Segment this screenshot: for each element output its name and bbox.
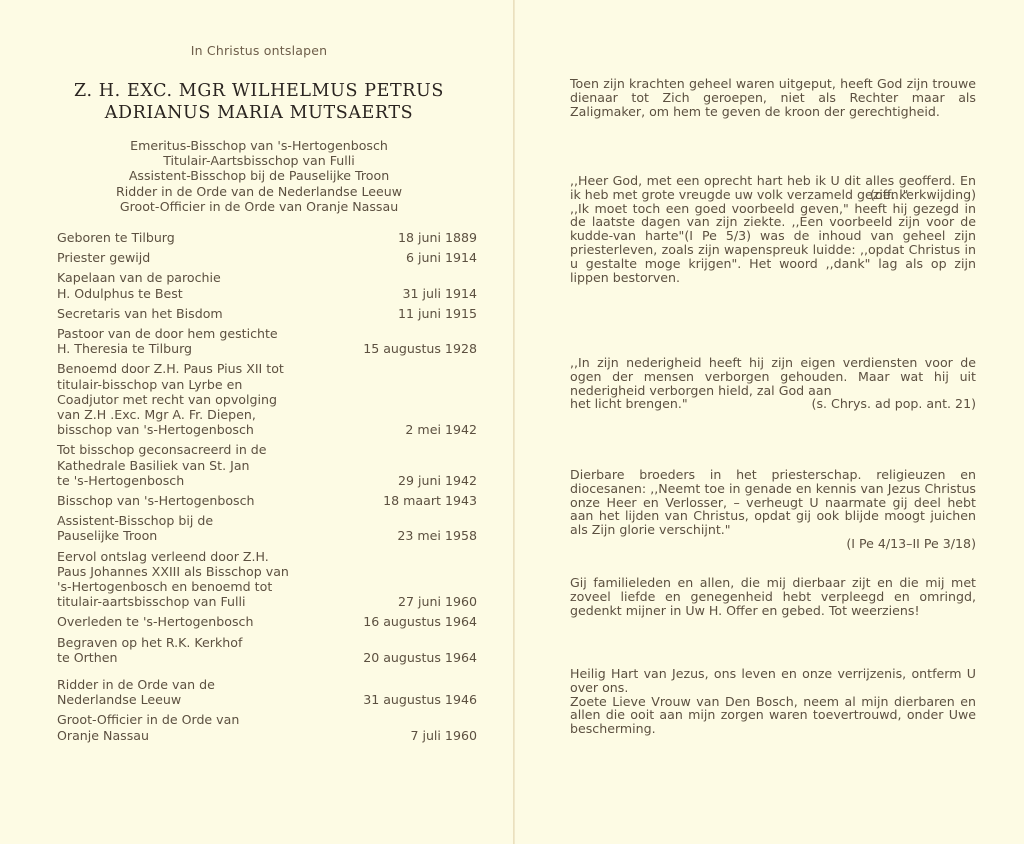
career-date: 16 augustus 1964 — [363, 614, 477, 629]
paragraph-6: Heilig Hart van Jezus, ons leven en onze… — [570, 667, 976, 736]
career-label: Benoemd door Z.H. Paus Pius XII tot titu… — [57, 361, 342, 437]
deceased-name: Z. H. EXC. MGR WILHELMUS PETRUS ADRIANUS… — [0, 80, 518, 124]
quote-text: Dierbare broeders in het priesterschap. … — [570, 468, 976, 537]
quote-end: het licht brengen." — [570, 397, 688, 411]
paragraph-text: Toen zijn krachten geheel waren uitgeput… — [570, 77, 976, 118]
paragraph-2: ,,Heer God, met een oprecht hart heb ik … — [570, 174, 976, 284]
career-label: Eervol ontslag verleend door Z.H. Paus J… — [57, 549, 342, 610]
career-date: 15 augustus 1928 — [363, 341, 477, 356]
paragraph-3: ,,In zijn nederigheid heeft hij zijn eig… — [570, 356, 976, 411]
paragraph-text: Gij familieleden en allen, die mij dierb… — [570, 576, 976, 617]
career-entry: Kapelaan van de parochie H. Odulphus te … — [57, 270, 477, 300]
career-timeline: Geboren te Tilburg18 juni 1889Priester g… — [57, 230, 477, 748]
career-entry: Groot-Officier in de Orde van Oranje Nas… — [57, 712, 477, 742]
name-line-2: ADRIANUS MARIA MUTSAERTS — [0, 102, 518, 124]
title-line: Titulair-Aartsbisschop van Fulli — [0, 153, 518, 168]
career-date: 11 juni 1915 — [398, 306, 477, 321]
left-page: In Christus ontslapen Z. H. EXC. MGR WIL… — [0, 0, 510, 844]
career-date: 7 juli 1960 — [410, 728, 477, 743]
title-line: Ridder in de Orde van de Nederlandse Lee… — [0, 184, 518, 199]
career-entry: Bisschop van 's-Hertogenbosch18 maart 19… — [57, 493, 477, 508]
career-date: 27 juni 1960 — [398, 594, 477, 609]
prayer-text: Zoete Lieve Vrouw van Den Bosch, neem al… — [570, 695, 976, 736]
career-label: Geboren te Tilburg — [57, 230, 342, 245]
career-label: Priester gewijd — [57, 250, 342, 265]
paragraph-5: Gij familieleden en allen, die mij dierb… — [570, 576, 976, 617]
career-entry: Pastoor van de door hem gestichte H. The… — [57, 326, 477, 356]
title-line: Assistent-Bisschop bij de Pauselijke Tro… — [0, 168, 518, 183]
title-line: Emeritus-Bisschop van 's-Hertogenbosch — [0, 138, 518, 153]
career-label: Kapelaan van de parochie H. Odulphus te … — [57, 270, 342, 300]
citation-line: het licht brengen." (s. Chrys. ad pop. a… — [570, 397, 976, 411]
name-line-1: Z. H. EXC. MGR WILHELMUS PETRUS — [0, 80, 518, 102]
paragraph-1: Toen zijn krachten geheel waren uitgeput… — [570, 77, 976, 118]
paragraph-4: Dierbare broeders in het priesterschap. … — [570, 468, 976, 551]
career-date: 2 mei 1942 — [405, 422, 477, 437]
citation: (I Pe 4/13–II Pe 3/18) — [570, 537, 976, 551]
career-entry: Overleden te 's-Hertogenbosch16 augustus… — [57, 614, 477, 629]
career-entry: Geboren te Tilburg18 juni 1889 — [57, 230, 477, 245]
career-date: 6 juni 1914 — [406, 250, 477, 265]
career-entry: Secretaris van het Bisdom11 juni 1915 — [57, 306, 477, 321]
quote-text: ,,In zijn nederigheid heeft hij zijn eig… — [570, 356, 976, 397]
citation: (s. Chrys. ad pop. ant. 21) — [812, 397, 976, 411]
career-entry: Tot bisschop geconsacreerd in de Kathedr… — [57, 442, 477, 488]
right-page: Toen zijn krachten geheel waren uitgeput… — [513, 0, 1024, 844]
career-date: 20 augustus 1964 — [363, 650, 477, 665]
career-label: Assistent-Bisschop bij de Pauselijke Tro… — [57, 513, 342, 543]
career-label: Pastoor van de door hem gestichte H. The… — [57, 326, 342, 356]
career-entry: Assistent-Bisschop bij de Pauselijke Tro… — [57, 513, 477, 543]
career-label: Begraven op het R.K. Kerkhof te Orthen — [57, 635, 342, 665]
title-line: Groot-Officier in de Orde van Oranje Nas… — [0, 199, 518, 214]
career-label: Secretaris van het Bisdom — [57, 306, 342, 321]
career-date: 18 juni 1889 — [398, 230, 477, 245]
career-entry: Eervol ontslag verleend door Z.H. Paus J… — [57, 549, 477, 610]
career-label: Ridder in de Orde van de Nederlandse Lee… — [57, 677, 342, 707]
career-label: Groot-Officier in de Orde van Oranje Nas… — [57, 712, 342, 742]
career-entry: Begraven op het R.K. Kerkhof te Orthen20… — [57, 635, 477, 665]
career-entry: Ridder in de Orde van de Nederlandse Lee… — [57, 677, 477, 707]
career-date: 29 juni 1942 — [398, 473, 477, 488]
career-label: Overleden te 's-Hertogenbosch — [57, 614, 342, 629]
career-date: 18 maart 1943 — [383, 493, 477, 508]
career-entry: Priester gewijd6 juni 1914 — [57, 250, 477, 265]
paragraph-text: ,,Ik moet toch een goed voorbeeld geven,… — [570, 202, 976, 285]
career-date: 31 juli 1914 — [402, 286, 477, 301]
career-label: Bisschop van 's-Hertogenbosch — [57, 493, 342, 508]
career-label: Tot bisschop geconsacreerd in de Kathedr… — [57, 442, 342, 488]
kicker-text: In Christus ontslapen — [0, 43, 518, 58]
prayer-text: Heilig Hart van Jezus, ons leven en onze… — [570, 667, 976, 695]
career-entry: Benoemd door Z.H. Paus Pius XII tot titu… — [57, 361, 477, 437]
career-date: 31 augustus 1946 — [363, 692, 477, 707]
titles-list: Emeritus-Bisschop van 's-Hertogenbosch T… — [0, 138, 518, 214]
career-date: 23 mei 1958 — [397, 528, 477, 543]
